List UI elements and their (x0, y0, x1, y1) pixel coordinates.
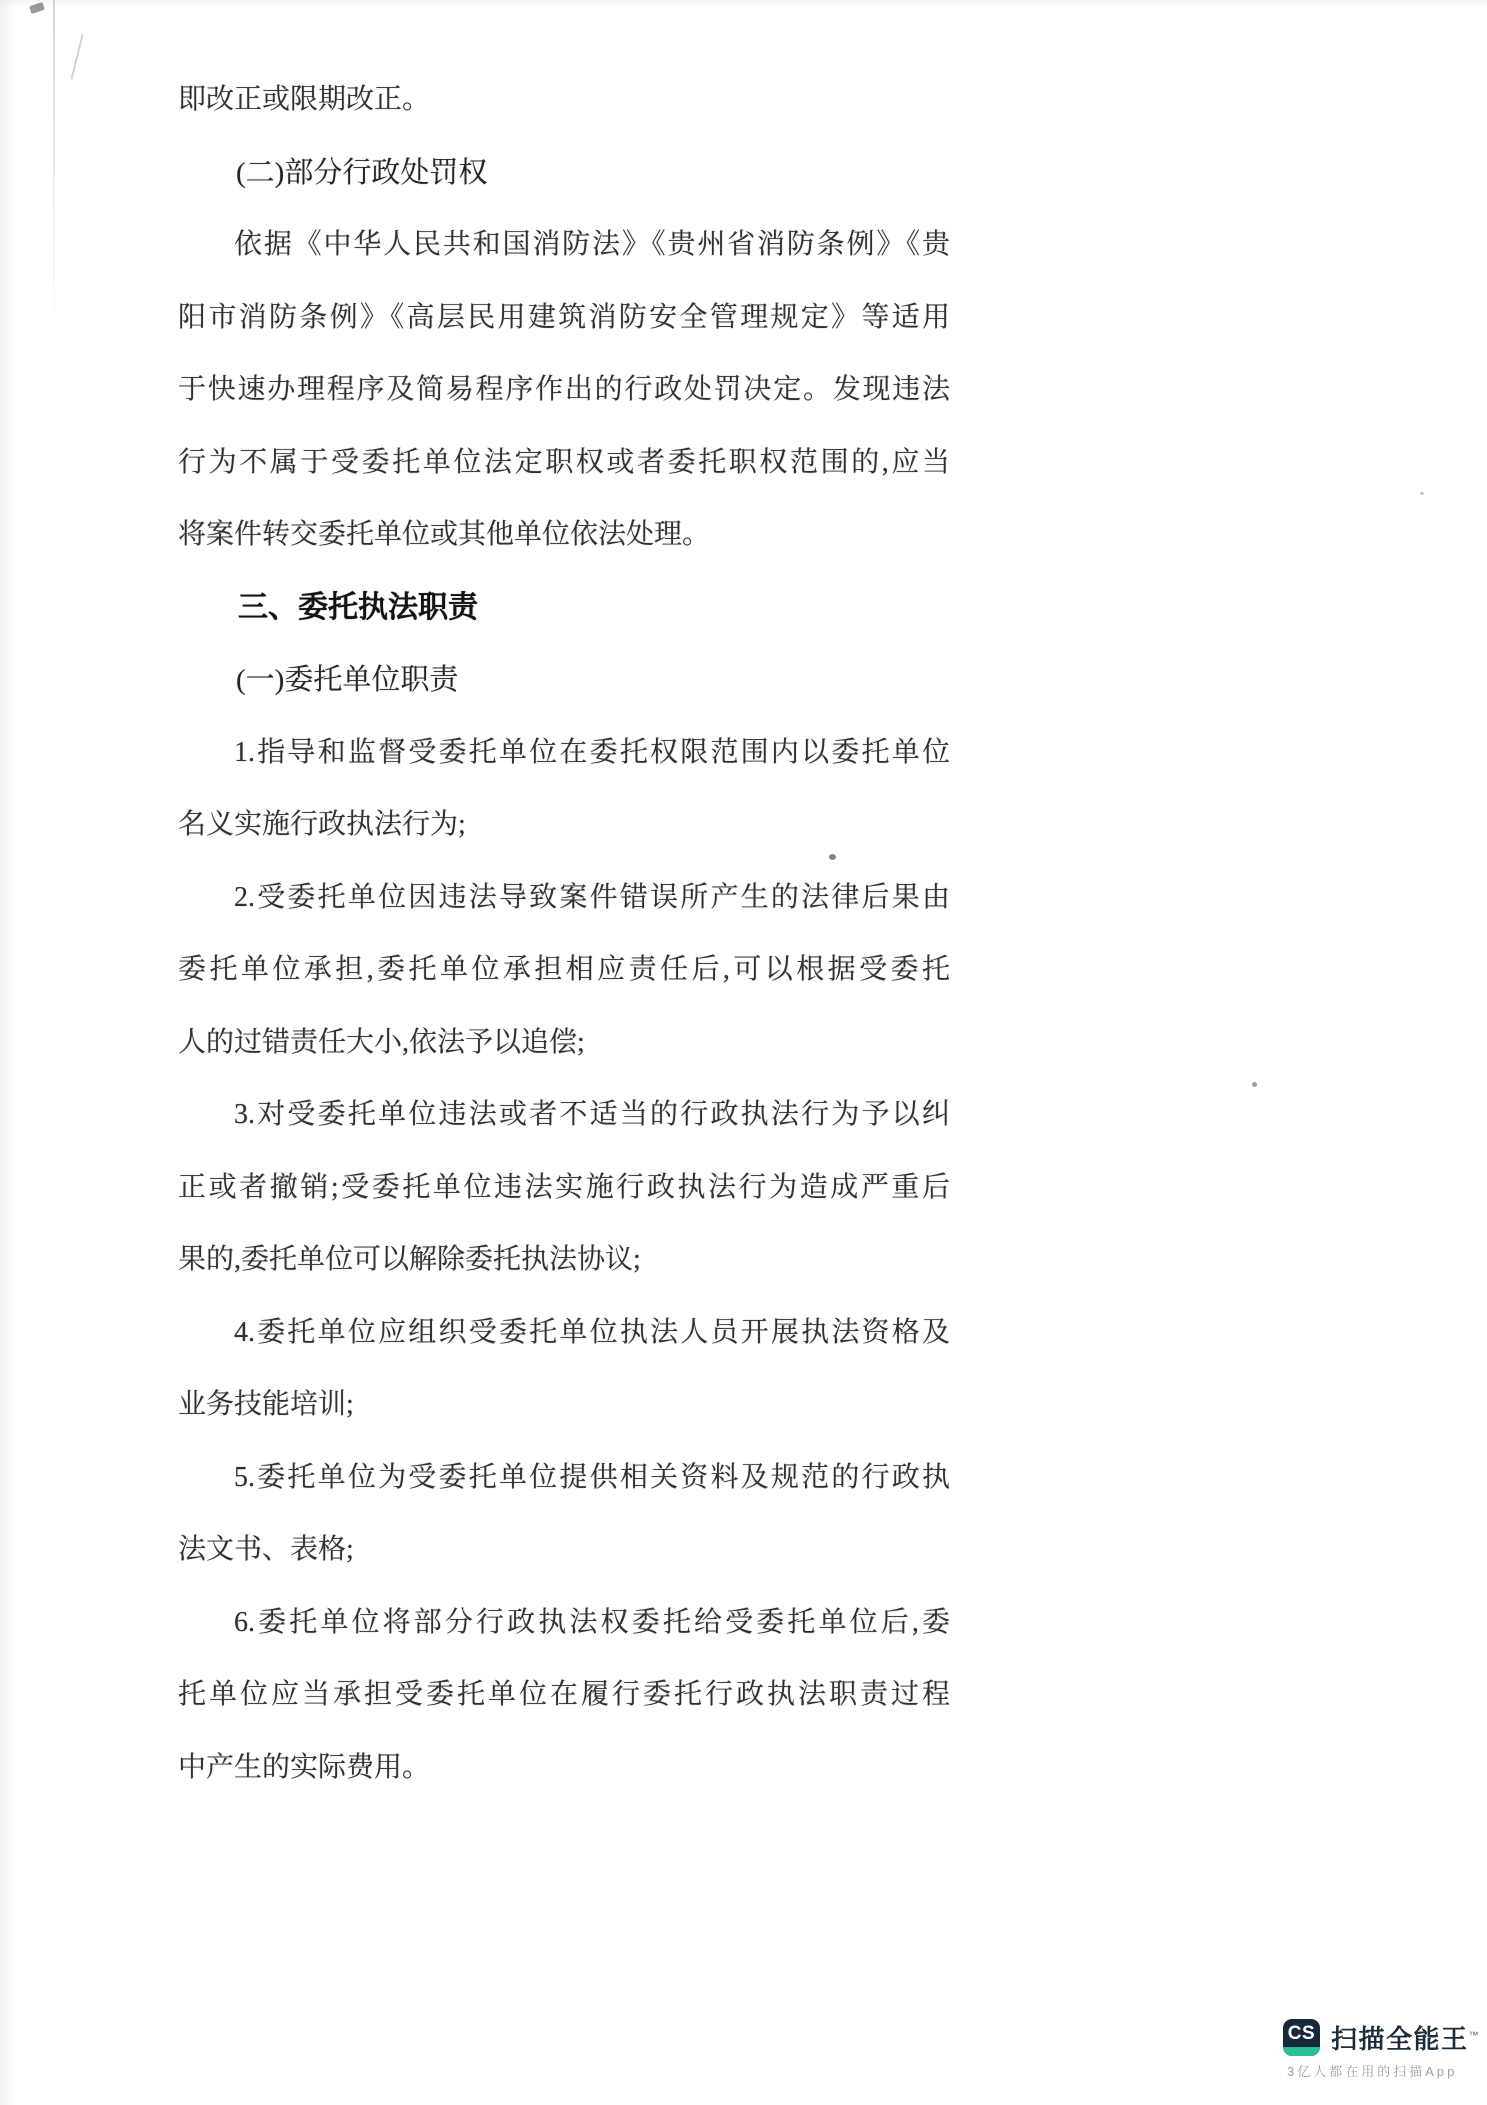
paragraph-line: 依据《中华人民共和国消防法》《贵州省消防条例》《贵 (178, 209, 950, 282)
scan-scratch (70, 34, 83, 79)
paragraph-line: 正或者撤销;受委托单位违法实施行政执法行为造成严重后 (178, 1152, 950, 1225)
top-edge-shade (0, 0, 1487, 10)
paragraph-line: 2.受委托单位因违法导致案件错误所产生的法律后果由 (178, 862, 950, 935)
scanned-document-page: 即改正或限期改正。(二)部分行政处罚权依据《中华人民共和国消防法》《贵州省消防条… (0, 0, 1487, 2105)
section-heading: 三、委托执法职责 (178, 572, 950, 645)
paragraph-line: 名义实施行政执法行为; (178, 789, 950, 862)
left-edge-shade (0, 0, 16, 2105)
sub-heading: (二)部分行政处罚权 (178, 137, 950, 210)
trademark-symbol: ™ (1469, 2030, 1481, 2041)
paragraph-line: 中产生的实际费用。 (178, 1732, 950, 1805)
scan-speck (1420, 492, 1424, 495)
paragraph-line: 行为不属于受委托单位法定职权或者委托职权范围的,应当 (178, 427, 950, 500)
paragraph-line: 5.委托单位为受委托单位提供相关资料及规范的行政执 (178, 1442, 950, 1515)
paragraph-line: 1.指导和监督受委托单位在委托权限范围内以委托单位 (178, 717, 950, 790)
camscanner-tagline: 3亿人都在用的扫描App (1287, 2061, 1457, 2080)
paragraph-line: 阳市消防条例》《高层民用建筑消防安全管理规定》等适用 (178, 282, 950, 355)
camscanner-watermark: CS 扫描全能王™ (1283, 2019, 1480, 2056)
paper-fold-line (53, 0, 55, 330)
paragraph-line: 于快速办理程序及简易程序作出的行政处罚决定。发现违法 (178, 354, 950, 427)
paragraph-line: 果的,委托单位可以解除委托执法协议; (178, 1224, 950, 1297)
paragraph-line: 托单位应当承担受委托单位在履行委托行政执法职责过程 (178, 1659, 950, 1732)
paragraph-line: 法文书、表格; (178, 1514, 950, 1587)
paragraph-line: 委托单位承担,委托单位承担相应责任后,可以根据受委托 (178, 934, 950, 1007)
document-body: 即改正或限期改正。(二)部分行政处罚权依据《中华人民共和国消防法》《贵州省消防条… (178, 64, 950, 1804)
paragraph-line: 业务技能培训; (178, 1369, 950, 1442)
camscanner-app-name: 扫描全能王™ (1331, 2019, 1480, 2056)
paragraph-line: 3.对受委托单位违法或者不适当的行政执法行为予以纠 (178, 1079, 950, 1152)
paragraph-line: 人的过错责任大小,依法予以追偿; (178, 1007, 950, 1080)
camscanner-logo-icon: CS (1283, 2019, 1320, 2056)
paragraph-line: 4.委托单位应组织受委托单位执法人员开展执法资格及 (178, 1297, 950, 1370)
app-name-text: 扫描全能王 (1331, 2024, 1469, 2054)
paragraph-line: 将案件转交委托单位或其他单位依法处理。 (178, 499, 950, 572)
paragraph-line: 即改正或限期改正。 (178, 64, 950, 137)
camscanner-icon-stripe (1283, 2047, 1320, 2056)
sub-heading: (一)委托单位职责 (178, 644, 950, 717)
camscanner-icon-text: CS (1283, 2019, 1320, 2048)
paragraph-line: 6.委托单位将部分行政执法权委托给受委托单位后,委 (178, 1587, 950, 1660)
scan-speck (1252, 1082, 1257, 1087)
